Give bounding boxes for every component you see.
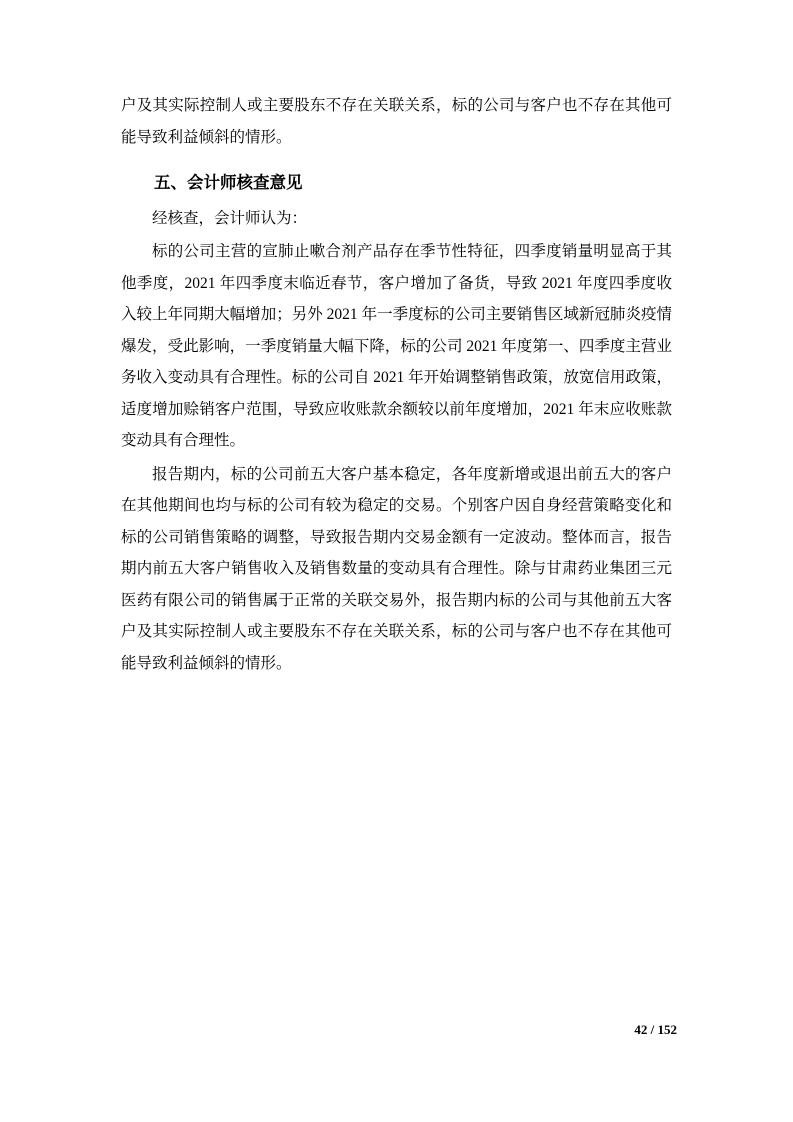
page-number: 42 / 152 — [634, 1022, 677, 1038]
document-page: 户及其实际控制人或主要股东不存在关联关系，标的公司与客户也不存在其他可能导致利益… — [0, 0, 793, 1122]
paragraph-seasonality-opinion: 标的公司主营的宣肺止嗽合剂产品存在季节性特征，四季度销量明显高于其他季度，202… — [121, 236, 672, 457]
paragraph-top-customers-opinion: 报告期内，标的公司前五大客户基本稳定，各年度新增或退出前五大的客户在其他期间也均… — [121, 459, 672, 680]
document-content: 户及其实际控制人或主要股东不存在关联关系，标的公司与客户也不存在其他可能导致利益… — [121, 88, 672, 681]
paragraph-continuation: 户及其实际控制人或主要股东不存在关联关系，标的公司与客户也不存在其他可能导致利益… — [121, 90, 672, 153]
paragraph-audit-intro: 经核查，会计师认为： — [121, 203, 672, 235]
section-heading: 五、会计师核查意见 — [121, 167, 672, 199]
